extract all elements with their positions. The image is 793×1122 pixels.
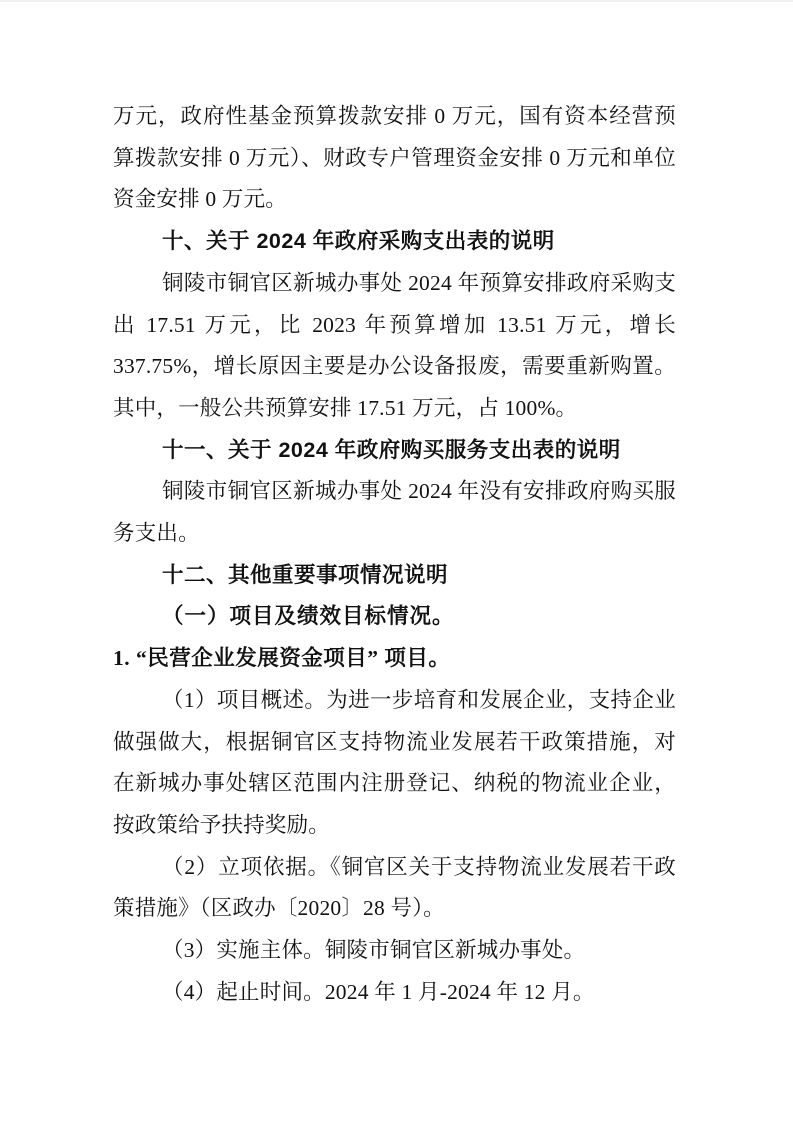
document-page: 万元，政府性基金预算拨款安排 0 万元，国有资本经营预算拨款安排 0 万元）、财… — [0, 0, 793, 1122]
para-budget-continued: 万元，政府性基金预算拨款安排 0 万元，国有资本经营预算拨款安排 0 万元）、财… — [113, 96, 676, 221]
heading-section-11: 十一、关于 2024 年政府购买服务支出表的说明 — [113, 430, 676, 472]
para-project-duration: （4）起止时间。2024 年 1 月-2024 年 12 月。 — [113, 972, 676, 1014]
para-project-basis: （2）立项依据。《铜官区关于支持物流业发展若干政策措施》（区政办〔2020〕28… — [113, 847, 676, 930]
heading-section-10: 十、关于 2024 年政府采购支出表的说明 — [113, 221, 676, 263]
para-service-purchase: 铜陵市铜官区新城办事处 2024 年没有安排政府购买服务支出。 — [113, 471, 676, 554]
para-project-implementer: （3）实施主体。铜陵市铜官区新城办事处。 — [113, 930, 676, 972]
heading-section-12: 十二、其他重要事项情况说明 — [113, 555, 676, 597]
page-top-edge-line — [0, 0, 793, 2]
document-body: 万元，政府性基金预算拨款安排 0 万元，国有资本经营预算拨款安排 0 万元）、财… — [113, 96, 676, 1013]
para-project-overview: （1）项目概述。为进一步培育和发展企业，支持企业做强做大，根据铜官区支持物流业发… — [113, 680, 676, 847]
subheading-project-1: 1. “民营企业发展资金项目” 项目。 — [113, 638, 676, 680]
para-procurement-explanation: 铜陵市铜官区新城办事处 2024 年预算安排政府采购支出 17.51 万元，比 … — [113, 263, 676, 430]
subheading-project-performance: （一）项目及绩效目标情况。 — [113, 596, 676, 638]
